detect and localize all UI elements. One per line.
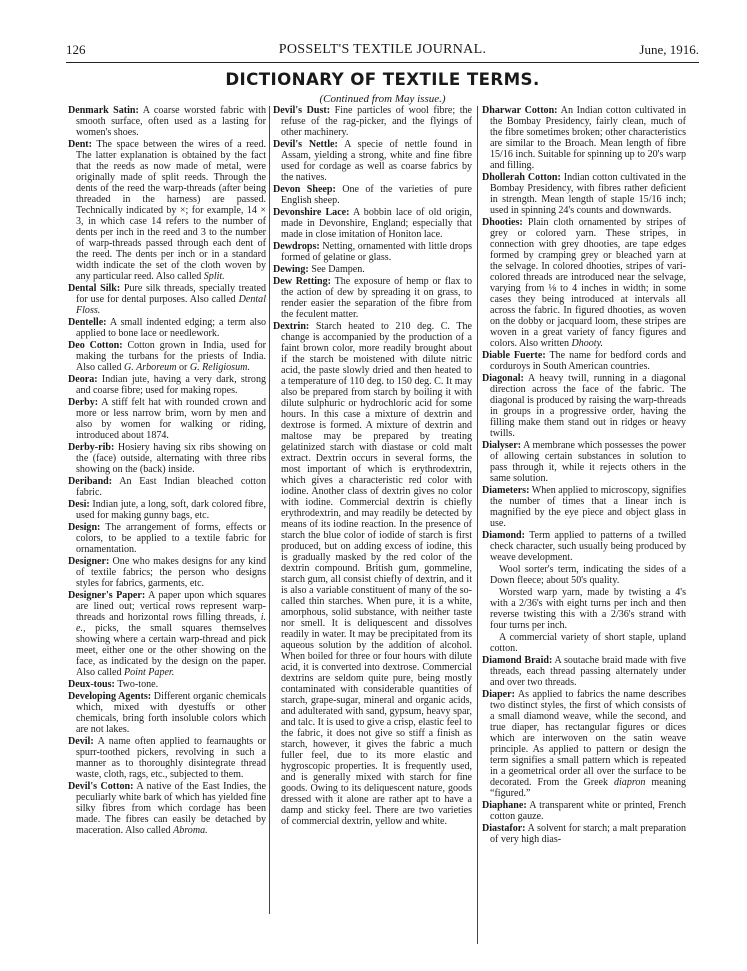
- entry-definition: A name often applied to fearnaughts or s…: [76, 736, 266, 780]
- entry-term: Diastafor:: [482, 823, 526, 834]
- dictionary-entry: Diastafor: A solvent for starch; a malt …: [482, 823, 686, 845]
- entry-subparagraph: A commercial variety of short staple, up…: [482, 632, 686, 654]
- entry-italic: G. Arboreum: [124, 362, 176, 373]
- entry-italic: G. Religiosum.: [190, 362, 250, 373]
- dictionary-entry: Diagonal: A heavy twill, running in a di…: [482, 373, 686, 439]
- entry-term: Dhooties:: [482, 217, 523, 228]
- column-2: Devil's Dust: Fine particles of wool fib…: [273, 105, 472, 828]
- entry-term: Design:: [68, 522, 100, 533]
- dictionary-entry: Devil's Cotton: A native of the East Ind…: [68, 781, 266, 836]
- entry-term: Devil:: [68, 736, 94, 747]
- dictionary-entry: Designer's Paper: A paper upon which squ…: [68, 590, 266, 678]
- entry-term: Dentelle:: [68, 317, 107, 328]
- entry-term: Diable Fuerte:: [482, 350, 546, 361]
- dictionary-entry: Devil's Dust: Fine particles of wool fib…: [273, 105, 472, 138]
- entry-term: Denmark Satin:: [68, 105, 139, 116]
- entry-term: Designer's Paper:: [68, 590, 145, 601]
- dictionary-entry: Deora: Indian jute, having a very dark, …: [68, 374, 266, 396]
- dictionary-entry: Dewing: See Dampen.: [273, 264, 472, 275]
- dictionary-entry: Derby-rib: Hosiery having six ribs showi…: [68, 442, 266, 475]
- entry-term: Dextrin:: [273, 321, 309, 332]
- entry-term: Diameters:: [482, 485, 529, 496]
- entry-definition: The arrangement of forms, effects or col…: [76, 522, 266, 555]
- dictionary-entry: Dhollerah Cotton: Indian cotton cultivat…: [482, 172, 686, 216]
- dictionary-entry: Diameters: When applied to microscopy, s…: [482, 485, 686, 529]
- dictionary-entry: Devil's Nettle: A specie of nettle found…: [273, 139, 472, 183]
- dictionary-entry: Derby: A stiff felt hat with rounded cro…: [68, 397, 266, 441]
- entry-term: Derby-rib:: [68, 442, 114, 453]
- dictionary-entry: Dewdrops: Netting, ornamented with littl…: [273, 241, 472, 263]
- entry-term: Diagonal:: [482, 373, 524, 384]
- dictionary-entry: Diamond Braid: A soutache braid made wit…: [482, 655, 686, 688]
- entry-definition: See Dampen.: [309, 264, 365, 275]
- entry-term: Dewing:: [273, 264, 309, 275]
- dictionary-entry: Desi: Indian jute, a long, soft, dark co…: [68, 499, 266, 521]
- dictionary-entry: Diamond: Term applied to patterns of a t…: [482, 530, 686, 563]
- running-header: 126 POSSELT'S TEXTILE JOURNAL. June, 191…: [66, 38, 699, 63]
- dictionary-entry: Deriband: An East Indian bleached cotton…: [68, 476, 266, 498]
- entry-term: Dental Silk:: [68, 283, 120, 294]
- entry-italic: Dhooty.: [571, 338, 603, 349]
- dictionary-entry: Design: The arrangement of forms, effect…: [68, 522, 266, 555]
- article-subtitle: (Continued from May issue.): [66, 93, 699, 105]
- dictionary-entry: Dextrin: Starch heated to 210 deg. C. Th…: [273, 321, 472, 827]
- dictionary-entry: Devil: A name often applied to fearnaugh…: [68, 736, 266, 780]
- entry-italic: Point Paper.: [124, 667, 174, 678]
- dictionary-entry: Diable Fuerte: The name for bedford cord…: [482, 350, 686, 372]
- entry-term: Diaphane:: [482, 800, 527, 811]
- entry-term: Devon Sheep:: [273, 184, 336, 195]
- dictionary-entry: Diaphane: A transparent white or printed…: [482, 800, 686, 822]
- entry-term: Devil's Dust:: [273, 105, 330, 116]
- entry-term: Dialyser:: [482, 440, 521, 451]
- entry-subparagraph: Worsted warp yarn, made by twisting a 4'…: [482, 587, 686, 631]
- column-divider: [477, 106, 478, 944]
- entry-definition: As applied to fabrics the name describes…: [490, 689, 686, 788]
- entry-definition: Indian jute, a long, soft, dark colored …: [76, 499, 266, 521]
- entry-term: Deriband:: [68, 476, 112, 487]
- issue-date: June, 1916.: [639, 42, 699, 58]
- dictionary-entry: Dharwar Cotton: An Indian cotton cultiva…: [482, 105, 686, 171]
- entry-term: Dharwar Cotton:: [482, 105, 558, 116]
- entry-definition: A stiff felt hat with rounded crown and …: [76, 397, 266, 441]
- dictionary-entry: Dhooties: Plain cloth ornamented by stri…: [482, 217, 686, 349]
- entry-definition: The space between the wires of a reed. T…: [76, 139, 266, 282]
- entry-term: Dew Retting:: [273, 276, 331, 287]
- entry-term: Devil's Nettle:: [273, 139, 338, 150]
- entry-italic: diapron: [614, 777, 645, 788]
- entry-definition: Two-tone.: [115, 679, 158, 690]
- dictionary-entry: Denmark Satin: A coarse worsted fabric w…: [68, 105, 266, 138]
- entry-italic: Split.: [204, 271, 225, 282]
- entry-term: Diamond:: [482, 530, 525, 541]
- entry-term: Deux-tous:: [68, 679, 115, 690]
- entry-term: Dewdrops:: [273, 241, 320, 252]
- entry-term: Derby:: [68, 397, 98, 408]
- entry-term: Diaper:: [482, 689, 515, 700]
- dictionary-entry: Dental Silk: Pure silk threads, speciall…: [68, 283, 266, 316]
- dictionary-entry: Dialyser: A membrane which possesses the…: [482, 440, 686, 484]
- entry-subparagraph: Wool sorter's term, indicating the sides…: [482, 564, 686, 586]
- entry-term: Deora:: [68, 374, 98, 385]
- dictionary-entry: Dentelle: A small indented edging; a ter…: [68, 317, 266, 339]
- entry-term: Devil's Cotton:: [68, 781, 133, 792]
- entry-italic: Abroma.: [173, 825, 208, 836]
- entry-term: Devonshire Lace:: [273, 207, 349, 218]
- column-3: Dharwar Cotton: An Indian cotton cultiva…: [482, 105, 686, 846]
- journal-title: POSSELT'S TEXTILE JOURNAL.: [66, 42, 699, 58]
- entry-definition: Indian jute, having a very dark, strong …: [76, 374, 266, 396]
- column-1: Denmark Satin: A coarse worsted fabric w…: [68, 105, 266, 837]
- entry-term: Diamond Braid:: [482, 655, 552, 666]
- dictionary-entry: Devonshire Lace: A bobbin lace of old or…: [273, 207, 472, 240]
- entry-term: Dhollerah Cotton:: [482, 172, 561, 183]
- column-divider: [269, 106, 270, 914]
- entry-definition: Starch heated to 210 deg. C. The change …: [281, 321, 472, 827]
- entry-term: Dent:: [68, 139, 92, 150]
- dictionary-entry: Dent: The space between the wires of a r…: [68, 139, 266, 282]
- dictionary-entry: Designer: One who makes designs for any …: [68, 556, 266, 589]
- entry-definition: Plain cloth ornamented by stripes of gre…: [490, 217, 686, 349]
- article-title: DICTIONARY OF TEXTILE TERMS.: [72, 70, 692, 90]
- dictionary-entry: Developing Agents: Different organic che…: [68, 691, 266, 735]
- dictionary-entry: Deux-tous: Two-tone.: [68, 679, 266, 690]
- dictionary-entry: Dew Retting: The exposure of hemp or fla…: [273, 276, 472, 320]
- dictionary-entry: Devon Sheep: One of the varieties of pur…: [273, 184, 472, 206]
- entry-term: Developing Agents:: [68, 691, 151, 702]
- dictionary-entry: Deo Cotton: Cotton grown in India, used …: [68, 340, 266, 373]
- entry-term: Desi:: [68, 499, 90, 510]
- entry-term: Deo Cotton:: [68, 340, 123, 351]
- dictionary-entry: Diaper: As applied to fabrics the name d…: [482, 689, 686, 799]
- entry-term: Designer:: [68, 556, 109, 567]
- entry-definition-cont: or: [176, 362, 189, 373]
